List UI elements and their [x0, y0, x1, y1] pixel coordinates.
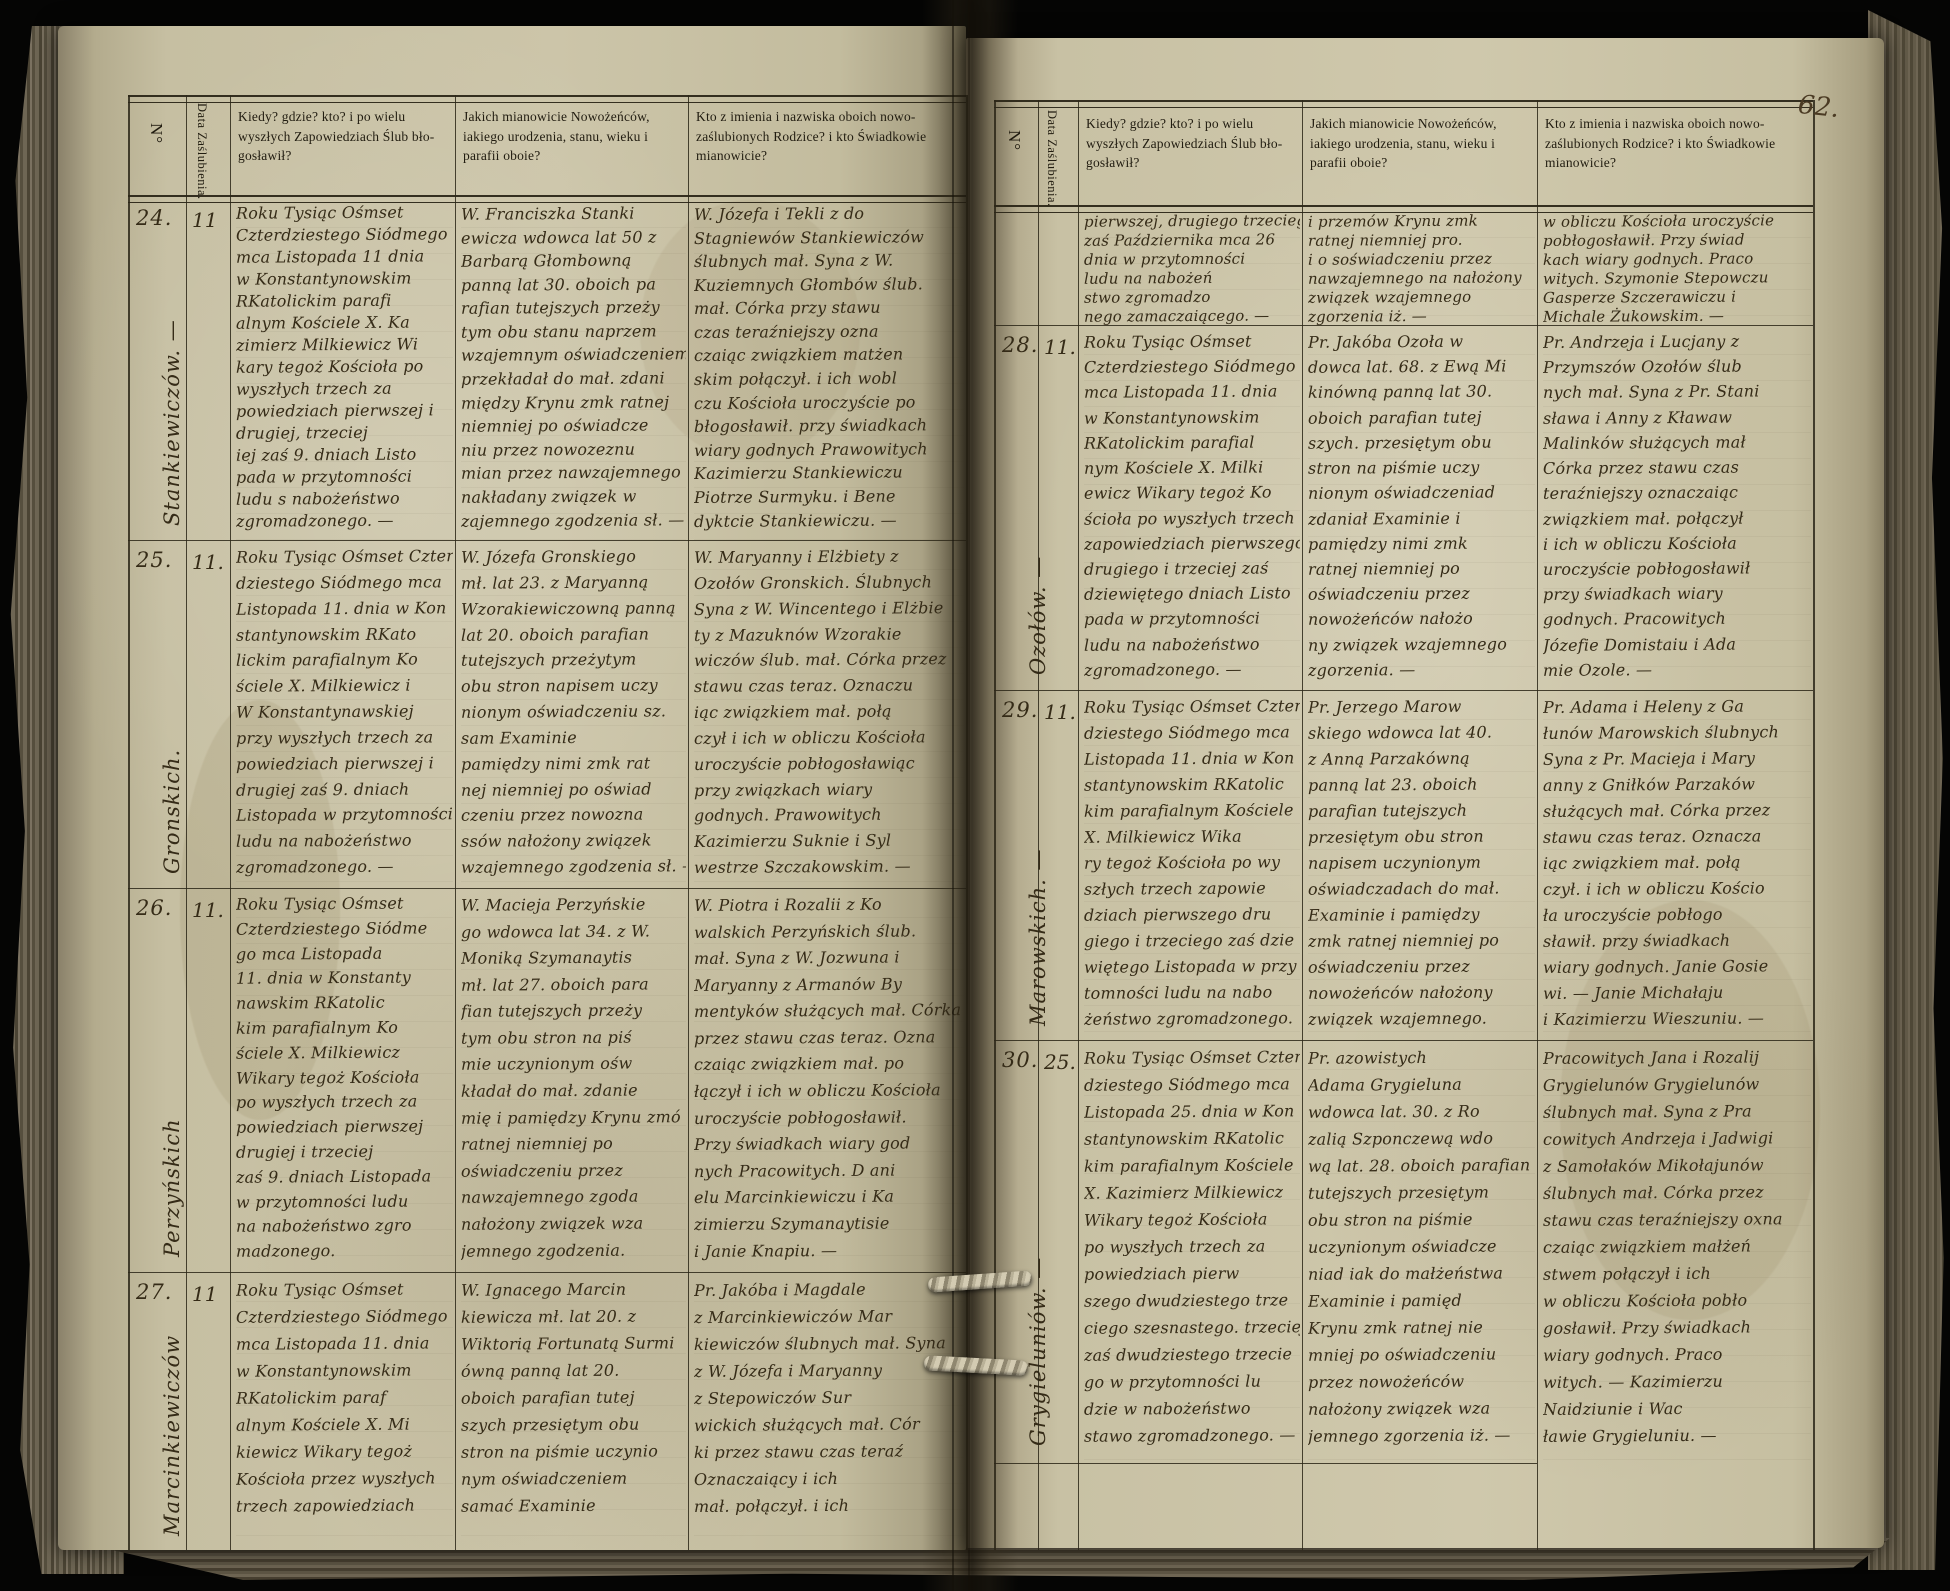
row-separator-line — [128, 888, 966, 889]
handwriting-line: ratnej niemniej po — [461, 1130, 686, 1158]
handwriting-line: drugiej i trzeciej — [236, 1139, 453, 1165]
handwriting-line: czas teraźniejszy ozna — [694, 319, 964, 344]
handwriting-line: zajemnego zgodzenia sł. — — [461, 508, 686, 533]
handwriting-line: kary tegoż Kościoła po — [236, 355, 453, 379]
handwriting-line: kim parafialnym Kościele — [1084, 797, 1300, 825]
handwriting-line: Córka przez stawu czas — [1543, 454, 1811, 481]
handwriting-line: z Samołaków Mikołajunów — [1543, 1151, 1811, 1180]
handwriting-line: W. Maryanny i Elżbiety z — [694, 544, 964, 571]
table-column-line — [455, 95, 456, 1550]
handwriting-line: ścioła po wyszłych trzech — [1084, 505, 1300, 532]
entry-number: 30. — [1002, 1048, 1038, 1072]
handwriting-line: wdowca lat. 30. z Ro — [1308, 1097, 1535, 1126]
handwriting-line: jemnego zgodzenia. — [461, 1237, 686, 1265]
handwriting-line: tutejszych przesiętym — [1308, 1178, 1535, 1207]
handwriting-line: Pr. Jakóba i Magdale — [694, 1276, 964, 1304]
handwriting-line: Roku Tysiąc Ośmset — [236, 202, 453, 225]
handwriting-line: przy świadkach wiary — [1543, 580, 1811, 607]
handwriting-line: W Konstantynawskiej — [236, 698, 453, 725]
handwriting-line: RKatolickim paraf — [236, 1383, 453, 1412]
handwriting-line: zgromadzonego. — — [236, 509, 453, 533]
handwriting-line: ówną panną lat 20. — [461, 1356, 686, 1385]
handwriting-line: X. Milkiewicz Wika — [1084, 823, 1300, 851]
handwriting-line: dziach pierwszego dru — [1084, 901, 1300, 929]
handwriting-line: niemniej po oświadcze — [461, 413, 686, 438]
handwriting-line: i przemów Krynu zmk — [1308, 212, 1535, 232]
handwriting-line: szych przesiętym obu — [461, 1410, 686, 1439]
table-top-rule — [994, 100, 1813, 108]
entry-row-27: 27.11MarcinkiewiczówRoku Tysiąc OśmsetCz… — [128, 1272, 966, 1550]
handwriting-line: zaś 9. dniach Listopada — [236, 1164, 453, 1190]
handwriting-line: Roku Tysiąc Ośmset Czter — [1084, 1044, 1300, 1072]
handwriting-line: godnych. Prawowitych — [694, 801, 964, 829]
row-separator-line — [994, 1463, 1537, 1464]
when-cell: Roku Tysiąc OśmsetCzterdziestego Siódmeg… — [236, 202, 453, 540]
entry-date: 11. — [1044, 700, 1076, 724]
handwriting-line: go wdowca lat 34. z W. — [461, 918, 686, 946]
when-cell: Roku Tysiąc Ośmset Czterdziestego Siódme… — [1084, 1044, 1300, 1463]
handwriting-line: Syna z Pr. Macieja i Mary — [1543, 745, 1811, 773]
handwriting-line: uroczyście pobłogosławiąc — [694, 750, 964, 778]
column-header-date: Data Zaślubienia. — [194, 103, 209, 200]
handwriting-line: Krynu zmk ratnej nie — [1308, 1313, 1535, 1342]
handwriting-line: w Konstantynowskim — [1084, 404, 1300, 431]
table-column-line — [128, 95, 130, 1550]
handwriting-line: w obliczu Kościoła pobło — [1543, 1286, 1811, 1315]
handwriting-line: W. Piotra i Rozalii z Ko — [694, 892, 964, 920]
handwriting-line: Czterdziestego Siódme — [236, 916, 453, 942]
handwriting-line: ludu s nabożeństwo — [236, 487, 453, 511]
parents-cell: Pracowitych Jana i RozalijGrygielunów Gr… — [1543, 1044, 1811, 1463]
handwriting-line: panną lat 30. oboich pa — [461, 272, 686, 297]
handwriting-line: nych mał. Syna z Pr. Stani — [1543, 379, 1811, 406]
handwriting-line: zgromadzonego. — — [236, 853, 453, 880]
handwriting-line: mie uczynionym ośw — [461, 1051, 686, 1079]
handwriting-line: kach wiary godnych. Praco — [1543, 249, 1811, 270]
fold-line — [968, 0, 970, 1591]
handwriting-line: X. Kazimierz Milkiewicz — [1084, 1178, 1300, 1207]
margin-surname: Stankiewiczów. — — [160, 319, 184, 526]
handwriting-line: i o soświadczeniu przez — [1308, 249, 1535, 270]
row-separator-line — [994, 1040, 1813, 1041]
row-separator-line — [994, 690, 1813, 691]
handwriting-line: związek wzajemnego. — [1308, 1005, 1535, 1033]
entry-row-26: 26.11.PerzyńskichRoku Tysiąc OśmsetCzter… — [128, 888, 966, 1272]
handwriting-line: rafian tutejszych przeży — [461, 296, 686, 321]
handwriting-line: zgorzenia. — — [1308, 656, 1535, 683]
handwriting-line: i ich w obliczu Kościoła — [1543, 530, 1811, 557]
column-header-when: Kiedy? gdzie? kto? i po wielu wyszłych Z… — [1078, 108, 1310, 173]
entry-row-continuation: pierwszej, drugiego trzeciegozaś Paździe… — [994, 208, 1813, 325]
handwriting-line: giego i trzeciego zaś dzie — [1084, 927, 1300, 955]
handwriting-line: nałożony związek wza — [1308, 1394, 1535, 1423]
handwriting-line: ślubnych mał. Syna z Pra — [1543, 1097, 1811, 1126]
handwriting-line: uroczyście pobłogosławił — [1543, 555, 1811, 582]
handwriting-line: wickich służących mał. Cór — [694, 1410, 964, 1439]
handwriting-line: służących mał. Córka przez — [1543, 797, 1811, 825]
register-table-right: N° Data Zaślubienia. Kiedy? gdzie? kto? … — [994, 100, 1813, 1550]
handwriting-line: wyszłych trzech za — [236, 377, 453, 401]
handwriting-line: stawo zgromadzonego. — — [1084, 1421, 1300, 1450]
handwriting-line: przesiętym obu stron — [1308, 823, 1535, 851]
handwriting-line: obu stron napisem uczy — [461, 672, 686, 699]
handwriting-line: ewicza wdowca lat 50 z — [461, 225, 686, 250]
handwriting-line: teraźniejszy oznaczaiąc — [1543, 479, 1811, 506]
handwriting-line: żeństwo zgromadzonego. — [1084, 1005, 1300, 1033]
handwriting-line: błogosławił. przy świadkach — [694, 413, 964, 438]
handwriting-line: wzajemnego zgodzenia sł. — — [461, 853, 686, 880]
handwriting-line: tomności ludu na nabo — [1084, 979, 1300, 1007]
handwriting-line: Pr. Adama i Heleny z Ga — [1543, 694, 1811, 721]
handwriting-line: oświadczeniu przez — [1308, 953, 1535, 981]
handwriting-line: czaiąc związkiem matżen — [694, 343, 964, 368]
handwriting-line: Listopada 11. dnia w Kon — [1084, 745, 1300, 773]
handwriting-line: stawu czas teraźniejszy oxna — [1543, 1205, 1811, 1234]
handwriting-line: uroczyście pobłogosławił. — [694, 1104, 964, 1132]
handwriting-line: stwo zgromadzo — [1084, 287, 1300, 308]
handwriting-line: zaś Października mca 26 — [1084, 230, 1300, 251]
handwriting-line: zmk ratnej niemniej po — [1308, 927, 1535, 955]
handwriting-line: nakładany związek w — [461, 484, 686, 509]
handwriting-line: wiary godnych. Praco — [1543, 1340, 1811, 1369]
entry-number: 29. — [1002, 698, 1038, 722]
handwriting-line: ła uroczyście pobłogo — [1543, 901, 1811, 929]
handwriting-line: Kuziemnych Głombów ślub. — [694, 272, 964, 297]
handwriting-line: Czterdziestego Siódmego — [236, 223, 453, 247]
handwriting-line: nym Kościele X. Milki — [1084, 454, 1300, 481]
handwriting-line: iąc związkiem mał. połą — [694, 698, 964, 726]
handwriting-line: jemnego zgorzenia iż. — — [1308, 1421, 1535, 1450]
parents-cell: Pr. Adama i Heleny z Gałunów Marowskich … — [1543, 694, 1811, 1040]
handwriting-line: iąc związkiem mał. połą — [1543, 849, 1811, 877]
table-column-line — [994, 100, 996, 1550]
handwriting-line: zimierz Milkiewicz Wi — [236, 333, 453, 357]
handwriting-line: Listopada 25. dnia w Kon — [1084, 1097, 1300, 1126]
handwriting-line: Listopada 11. dnia w Kon — [236, 595, 453, 622]
handwriting-line: w Konstantynowskim — [236, 267, 453, 291]
handwriting-line: W. Franciszka Stanki — [461, 202, 686, 226]
handwriting-line: pobłogosławił. Przy świad — [1543, 230, 1811, 251]
handwriting-line: kiewicza mł. lat 20. z — [461, 1302, 686, 1331]
handwriting-line: mał. Córka przy stawu — [694, 295, 964, 320]
handwriting-line: stantynowskim RKato — [236, 621, 453, 648]
when-cell: Roku Tysiąc Ośmset Czterdziestego Siódme… — [236, 544, 453, 888]
handwriting-line: elu Marcinkiewiczu i Ka — [694, 1183, 964, 1211]
handwriting-line: kim parafialnym Ko — [236, 1015, 453, 1041]
handwriting-line: zalią Szponczewą wdo — [1308, 1124, 1535, 1153]
handwriting-line: W. Józefa Gronskiego — [461, 544, 686, 571]
handwriting-line: na nabożeństwo zgro — [236, 1214, 453, 1240]
handwriting-line: Józefie Domistaiu i Ada — [1543, 631, 1811, 658]
handwriting-line: przy wyszłych trzech za — [236, 724, 453, 751]
handwriting-line: iej zaś 9. dniach Listo — [236, 443, 453, 467]
handwriting-line: przy związkach wiary — [694, 776, 964, 804]
handwriting-line: czył i ich w obliczu Kościoła — [694, 724, 964, 752]
handwriting-line: kinówną panną lat 30. — [1308, 379, 1535, 406]
handwriting-line: dziestego Siódmego mca — [1084, 1070, 1300, 1099]
handwriting-line: oświadczeniu przez — [461, 1157, 686, 1185]
handwriting-line: Pr. Jerzego Marow — [1308, 694, 1535, 721]
handwriting-line: westrze Szczakowskim. — — [694, 853, 964, 881]
handwriting-line: Pr. azowistych — [1308, 1044, 1535, 1072]
handwriting-line: Examinie i pamiędzy — [1308, 901, 1535, 929]
handwriting-line: czaiąc związkiem małżeń — [1543, 1232, 1811, 1261]
handwriting-line: go w przytomności lu — [1084, 1367, 1300, 1396]
handwriting-line: Czterdziestego Siódmego — [1084, 353, 1300, 380]
column-header-date: Data Zaślubienia. — [1044, 110, 1059, 207]
handwriting-line: W. Ignacego Marcin — [461, 1276, 686, 1304]
table-column-line — [1078, 100, 1079, 1550]
handwriting-line: ratnej niemniej po — [1308, 555, 1535, 582]
handwriting-line: wiary godnych. Janie Gosie — [1543, 953, 1811, 981]
handwriting-line: nowożeńców nałożony — [1308, 979, 1535, 1007]
handwriting-line: przez nowożeńców — [1308, 1367, 1535, 1396]
handwriting-line: po wyszłych trzech za — [1084, 1232, 1300, 1261]
handwriting-line: ty z Mazuknów Wzorakie — [694, 621, 964, 649]
handwriting-line: madzonego. — [236, 1238, 453, 1264]
handwriting-line: nawzajemnego na nałożony — [1308, 268, 1535, 289]
entry-row-24: 24.11Stankiewiczów. —Roku Tysiąc OśmsetC… — [128, 198, 966, 540]
handwriting-line: kim parafialnym Kościele — [1084, 1151, 1300, 1180]
entry-number: 28. — [1002, 333, 1038, 357]
handwriting-line: stron na piśmie uczy — [1308, 454, 1535, 481]
handwriting-line: drugiego i trzeciej zaś — [1084, 555, 1300, 582]
handwriting-line: kładał do mał. zdanie — [461, 1077, 686, 1105]
who-cell: Pr. Jakóba Ozoła wdowca lat. 68. z Ewą M… — [1308, 329, 1535, 690]
handwriting-line: mniej po oświadczeniu — [1308, 1340, 1535, 1369]
handwriting-line: stantynowskim RKatolic — [1084, 1124, 1300, 1153]
column-header-no: N° — [1004, 130, 1024, 151]
handwriting-line: tym obu stron na piś — [461, 1024, 686, 1052]
handwriting-line: Roku Tysiąc Ośmset — [236, 1276, 453, 1304]
handwriting-line: parafian tutejszych — [1308, 797, 1535, 825]
when-cell: Roku Tysiąc OśmsetCzterdziestego Siódmeg… — [236, 1276, 453, 1550]
handwriting-line: alnym Kościele X. Ka — [236, 311, 453, 335]
handwriting-line: ławie Grygieluniu. — — [1543, 1421, 1811, 1450]
handwriting-line: Ozołów Gronskich. Ślubnych — [694, 569, 964, 597]
handwriting-line: zapowiedziach pierwszego — [1084, 530, 1300, 557]
handwriting-line: czeniu przez nowozna — [461, 802, 686, 829]
margin-surname: Marcinkiewiczów — [160, 1335, 184, 1536]
handwriting-line: zdaniał Examinie i — [1308, 505, 1535, 532]
column-header-who: Jakich mianowicie Nowożeńców, iakiego ur… — [1302, 108, 1544, 173]
handwriting-line: mł. lat 23. z Maryanną — [461, 569, 686, 596]
handwriting-line: Wikary tegoż Kościoła — [236, 1065, 453, 1091]
handwriting-line: dziestego Siódmego mca — [1084, 719, 1300, 747]
handwriting-line: stawu czas teraz. Oznacza — [1543, 823, 1811, 851]
handwriting-line: Przymszów Ozołów ślub — [1543, 353, 1811, 380]
handwriting-line: nowożeńców nałożo — [1308, 606, 1535, 633]
table-column-line — [1813, 100, 1815, 1550]
handwriting-line: Oznaczaiący i ich — [694, 1464, 964, 1493]
handwriting-line: Pracowitych Jana i Rozalij — [1543, 1044, 1811, 1072]
handwriting-line: witych. Szymonie Stepowczu — [1543, 268, 1811, 289]
handwriting-line: samać Examinie — [461, 1491, 686, 1520]
handwriting-line: pada w przytomności — [1084, 606, 1300, 633]
handwriting-line: pamiędzy nimi zmk rat — [461, 750, 686, 777]
when-cell: pierwszej, drugiego trzeciegozaś Paździe… — [1084, 212, 1300, 325]
handwriting-line: dziestego Siódmego mca — [236, 569, 453, 596]
handwriting-line: tym obu stanu naprzem — [461, 319, 686, 344]
column-header-parents: Kto z imienia i nazwiska oboich nowo- za… — [1537, 108, 1821, 173]
margin-surname: Perzyńskich — [160, 1118, 184, 1257]
handwriting-line: w Konstantynowskim — [236, 1356, 453, 1385]
handwriting-line: mie Ozole. — — [1543, 656, 1811, 683]
handwriting-line: Roku Tysiąc Ośmset Czter — [1084, 694, 1300, 721]
handwriting-line: mał. połączył. i ich — [694, 1491, 964, 1520]
handwriting-line: Piotrze Surmyku. i Bene — [694, 484, 964, 509]
handwriting-line: gosławił. Przy świadkach — [1543, 1313, 1811, 1342]
handwriting-line: RKatolickim parafial — [1084, 429, 1300, 456]
fold-line — [952, 0, 954, 1591]
entry-row-30: 30.25.Grygieluniów. —Roku Tysiąc Ośmset … — [994, 1040, 1813, 1463]
handwriting-line: Syna z W. Wincentego i Elżbie — [694, 595, 964, 623]
column-header-no: N° — [146, 123, 166, 144]
handwriting-line: wą lat. 28. oboich parafian — [1308, 1151, 1535, 1180]
register-table-left: N° Data Zaślubienia. Kiedy? gdzie? kto? … — [128, 95, 966, 1550]
handwriting-line: w obliczu Kościoła uroczyście — [1543, 212, 1811, 232]
handwriting-line: kiewicz Wikary tegoż — [236, 1437, 453, 1466]
handwriting-line: alnym Kościele X. Mi — [236, 1410, 453, 1439]
handwriting-line: Listopada w przytomności — [236, 802, 453, 829]
handwriting-line: przez stawu czas teraz. Ozna — [694, 1024, 964, 1052]
handwriting-line: fian tutejszych przeży — [461, 998, 686, 1026]
handwriting-line: z Marcinkiewiczów Mar — [694, 1302, 964, 1331]
handwriting-line: cowitych Andrzeja i Jadwigi — [1543, 1124, 1811, 1153]
handwriting-line: Barbarą Głombowną — [461, 248, 686, 273]
handwriting-line: powiedziach pierwszej — [236, 1114, 453, 1140]
handwriting-line: między Krynu zmk ratnej — [461, 390, 686, 415]
handwriting-line: ludu na nabożeństwo — [236, 828, 453, 855]
handwriting-line: Roku Tysiąc Ośmset — [1084, 329, 1300, 355]
handwriting-line: więtego Listopada w przy — [1084, 953, 1300, 981]
handwriting-line: godnych. Pracowitych — [1543, 605, 1811, 632]
handwriting-line: Gasperze Szczerawiczu i — [1543, 287, 1811, 308]
handwriting-line: nych Pracowitych. D ani — [694, 1157, 964, 1185]
handwriting-line: mca Listopada 11. dnia — [236, 1329, 453, 1358]
handwriting-line: w przytomności ludu — [236, 1189, 453, 1215]
handwriting-line: szego dwudziestego trze — [1084, 1286, 1300, 1315]
who-cell: W. Ignacego Marcinkiewicza mł. lat 20. z… — [461, 1276, 686, 1550]
handwriting-line: niu przez nowozeznu — [461, 437, 686, 462]
handwriting-line: szych. przesiętym obu — [1308, 429, 1535, 456]
handwriting-line: z Stepowiczów Sur — [694, 1383, 964, 1412]
handwriting-line: Wzorakiewiczowną panną — [461, 595, 686, 622]
handwriting-line: ciego szesnastego. trzeciej — [1084, 1313, 1300, 1342]
when-cell: Roku Tysiąc OśmsetCzterdziestego Siódmeg… — [236, 892, 453, 1272]
handwriting-line: zaś dwudziestego trzecie — [1084, 1340, 1300, 1369]
handwriting-line: Stagniewów Stankiewiczów — [694, 225, 964, 250]
handwriting-line: oświadczadach do mał. — [1308, 875, 1535, 903]
column-header-who: Jakich mianowicie Nowożeńców, iakiego ur… — [455, 101, 695, 166]
handwriting-line: pierwszej, drugiego trzeciego — [1084, 212, 1300, 232]
handwriting-line: dzie w nabożeństwo — [1084, 1394, 1300, 1423]
entry-date: 25. — [1044, 1050, 1076, 1074]
handwriting-line: łączył i ich w obliczu Kościoła — [694, 1077, 964, 1105]
handwriting-line: mentyków służących mał. Córka — [694, 997, 964, 1025]
handwriting-line: nym oświadczeniem — [461, 1464, 686, 1493]
handwriting-line: W. Macieja Perzyńskie — [461, 892, 686, 919]
handwriting-line: RKatolickim parafi — [236, 289, 453, 313]
who-cell: Pr. Jerzego Marowskiego wdowca lat 40.z … — [1308, 694, 1535, 1040]
table-column-line — [1302, 100, 1303, 1550]
handwriting-line: pamiędzy nimi zmk — [1308, 530, 1535, 557]
table-column-line — [186, 95, 187, 1550]
handwriting-line: oświadczeniu przez — [1308, 580, 1535, 607]
handwriting-line: anny z Gniłków Parzaków — [1543, 771, 1811, 799]
handwriting-line: Przy świadkach wiary god — [694, 1130, 964, 1158]
row-separator-line — [128, 1272, 966, 1273]
handwriting-line: dnia w przytomności — [1084, 249, 1300, 270]
handwriting-line: dyktcie Stankiewiczu. — — [694, 508, 964, 533]
handwriting-line: go mca Listopada — [236, 941, 453, 967]
handwriting-line: oboich parafian tutej — [1308, 404, 1535, 431]
entry-row-25: 25.11.Gronskich.Roku Tysiąc Ośmset Czter… — [128, 540, 966, 888]
who-cell: Pr. azowistychAdama Grygielunawdowca lat… — [1308, 1044, 1535, 1463]
handwriting-line: mca Listopada 11. dnia — [1084, 379, 1300, 406]
handwriting-line: lat 20. oboich parafian — [461, 621, 686, 648]
handwriting-line: powiedziach pierwszej i — [236, 399, 453, 423]
handwriting-line: niad iak do małżeństwa — [1308, 1259, 1535, 1288]
handwriting-line: łunów Marowskich ślubnych — [1543, 719, 1811, 747]
who-cell: W. Józefa Gronskiegomł. lat 23. z Maryan… — [461, 544, 686, 888]
handwriting-line: skiego wdowca lat 40. — [1308, 719, 1535, 747]
handwriting-line: Pr. Andrzeja i Lucjany z — [1543, 329, 1811, 355]
handwriting-line: czaiąc związkiem mał. po — [694, 1051, 964, 1079]
handwriting-line: ki przez stawu czas teraź — [694, 1437, 964, 1466]
column-header-when: Kiedy? gdzie? kto? i po wielu wyszłych Z… — [230, 101, 462, 166]
handwriting-line: uczynionym oświadcze — [1308, 1232, 1535, 1261]
handwriting-line: Roku Tysiąc Ośmset Czter — [236, 544, 453, 571]
handwriting-line: Pr. Jakóba Ozoła w — [1308, 329, 1535, 355]
handwriting-line: i Janie Knapiu. — — [694, 1237, 964, 1265]
handwriting-line: Maryanny z Armanów By — [694, 971, 964, 999]
handwriting-line: pada w przytomności — [236, 465, 453, 489]
handwriting-line: zgorzenia iż. — — [1308, 306, 1535, 325]
entry-number: 27. — [136, 1280, 172, 1304]
handwriting-line: powiedziach pierw — [1084, 1259, 1300, 1288]
parents-cell: W. Józefa i Tekli z doStagniewów Stankie… — [694, 202, 964, 540]
handwriting-line: witych. — Kazimierzu — [1543, 1367, 1811, 1396]
entry-date: 11. — [192, 550, 224, 574]
handwriting-line: Malinków służących mał — [1543, 429, 1811, 456]
handwriting-line: Moniką Szymanaytis — [461, 944, 686, 972]
handwriting-line: Kazimierzu Suknie i Syl — [694, 827, 964, 855]
handwriting-line: Wikary tegoż Kościoła — [1084, 1205, 1300, 1234]
entry-row-29: 29.11.Marowskich. —Roku Tysiąc Ośmset Cz… — [994, 690, 1813, 1040]
handwriting-line: nawzajemnego zgoda — [461, 1184, 686, 1212]
handwriting-line: mca Listopada 11 dnia — [236, 245, 453, 269]
handwriting-line: ssów nałożony związek — [461, 827, 686, 854]
register-photo: N° Data Zaślubienia. Kiedy? gdzie? kto? … — [0, 0, 1950, 1591]
table-column-line — [230, 95, 231, 1550]
handwriting-line: ny związek wzajemnego — [1308, 631, 1535, 658]
handwriting-line: ślubnych mał. Syna z W. — [694, 248, 964, 273]
handwriting-line: ściele X. Milkiewicz — [236, 1040, 453, 1066]
handwriting-line: Kościoła przez wyszłych — [236, 1464, 453, 1493]
handwriting-line: nej niemniej po oświad — [461, 776, 686, 803]
handwriting-line: związkiem mał. połączył — [1543, 505, 1811, 532]
handwriting-line: nionym oświadczeniu sz. — [461, 698, 686, 725]
handwriting-line: mię i pamiędzy Krynu zmó — [461, 1104, 686, 1132]
handwriting-line: Roku Tysiąc Ośmset — [236, 892, 453, 918]
handwriting-line: związek wzajemnego — [1308, 287, 1535, 308]
handwriting-line: drugiej, trzeciej — [236, 421, 453, 445]
column-header-parents: Kto z imienia i nazwiska oboich nowo- za… — [688, 101, 974, 166]
handwriting-line: ludu na nabożeń — [1084, 268, 1300, 289]
row-separator-line — [128, 540, 966, 541]
handwriting-line: W. Józefa i Tekli z do — [694, 202, 964, 227]
